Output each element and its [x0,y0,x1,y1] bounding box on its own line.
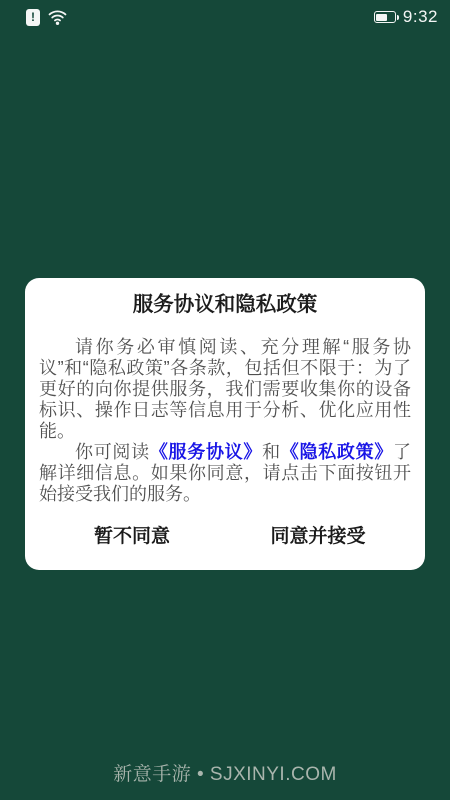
dialog-paragraph-1: 请你务必审慎阅读、充分理解“服务协议”和“隐私政策”各条款，包括但不限于：为了更… [39,337,411,442]
wifi-icon [47,9,68,26]
paragraph-2-text: 和 [262,442,281,462]
footer-brand: 新意手游 • SJXINYI.COM [0,759,450,786]
privacy-policy-link[interactable]: 《隐私政策》 [281,442,393,462]
dialog-paragraph-2: 你可阅读《服务协议》和《隐私政策》了解详细信息。如果你同意，请点击下面按钮开始接… [39,442,411,505]
dialog-button-row: 暂不同意 同意并接受 [39,514,411,552]
dialog-body: 请你务必审慎阅读、充分理解“服务协议”和“隐私政策”各条款，包括但不限于：为了更… [39,337,411,505]
battery-icon [374,11,396,23]
status-bar: ! 9:32 [0,0,450,32]
privacy-policy-dialog: 服务协议和隐私政策 请你务必审慎阅读、充分理解“服务协议”和“隐私政策”各条款，… [25,278,425,570]
battery-tip [397,15,400,20]
paragraph-2-text: 你可阅读 [75,442,150,462]
footer-brand-text: 新意手游 • SJXINYI.COM [113,764,337,785]
status-time: 9:32 [403,7,438,27]
accept-button[interactable]: 同意并接受 [225,514,411,552]
status-bar-left: ! [26,9,68,26]
service-agreement-link[interactable]: 《服务协议》 [150,442,262,462]
decline-button[interactable]: 暂不同意 [39,514,225,552]
battery-fill [376,14,387,21]
no-sim-icon: ! [26,9,40,26]
dialog-title: 服务协议和隐私政策 [39,293,411,316]
status-bar-right: 9:32 [374,7,438,27]
